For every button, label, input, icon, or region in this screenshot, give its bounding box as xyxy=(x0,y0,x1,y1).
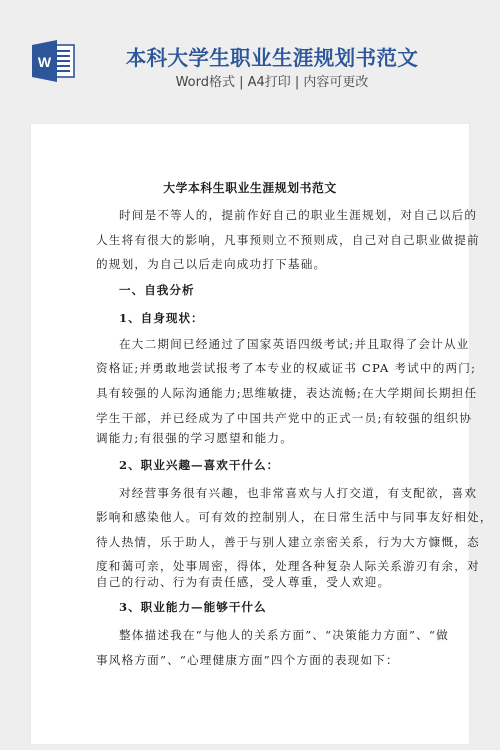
paragraph-line: 在大二期间已经通过了国家英语四级考试;并且取得了会计从业 xyxy=(96,336,404,352)
document-title: 大学本科生职业生涯规划书范文 xyxy=(96,180,404,196)
paragraph-line: 的规划，为自己以后走向成功打下基础。 xyxy=(96,256,404,272)
page-header: W 本科大学生职业生涯规划书范文 Word格式 | A4打印 | 内容可更改 xyxy=(0,0,500,110)
paragraph-line: 具有较强的人际沟通能力;思维敏捷，表达流畅;在大学期间长期担任 xyxy=(96,385,404,401)
paragraph-line: 事风格方面”、“心理健康方面”四个方面的表现如下： xyxy=(96,652,404,668)
page-subtitle: Word格式 | A4打印 | 内容可更改 xyxy=(100,74,444,92)
paragraph-line: 调能力;有很强的学习愿望和能力。 xyxy=(96,430,404,446)
svg-text:W: W xyxy=(38,54,52,70)
paragraph-line: 学生干部，并已经成为了中国共产党中的正式一员;有较强的组织协 xyxy=(96,410,404,426)
paragraph-line: 待人热情，乐于助人，善于与别人建立亲密关系，行为大方慷慨，态 xyxy=(96,534,404,550)
document-page: 大学本科生职业生涯规划书范文 时间是不等人的，提前作好自己的职业生涯规划，对自己… xyxy=(31,124,469,744)
paragraph-line: 人生将有很大的影响，凡事预则立不预则成，自己对自己职业做提前 xyxy=(96,232,404,248)
subsection-heading: 1、自身现状： xyxy=(96,310,404,326)
paragraph-line: 度和蔼可亲，处事周密，得体，处理各种复杂人际关系游刃有余，对 xyxy=(96,558,404,574)
paragraph-line: 对经营事务很有兴趣，也非常喜欢与人打交道，有支配欲，喜欢 xyxy=(96,485,404,501)
subsection-heading: 3、职业能力—能够干什么 xyxy=(96,599,404,615)
paragraph-line: 自己的行动、行为有责任感，受人尊重，受人欢迎。 xyxy=(96,574,404,590)
page-title: 本科大学生职业生涯规划书范文 xyxy=(100,45,444,71)
subsection-heading: 2、职业兴趣—喜欢干什么： xyxy=(96,457,404,473)
paragraph-line: 整体描述我在“与他人的关系方面”、“决策能力方面”、“做 xyxy=(96,627,404,643)
paragraph-line: 资格证;并勇敢地尝试报考了本专业的权威证书 CPA 考试中的两门; xyxy=(96,360,404,376)
word-doc-icon: W xyxy=(32,40,76,82)
paragraph-line: 时间是不等人的，提前作好自己的职业生涯规划，对自己以后的 xyxy=(96,207,404,223)
paragraph-line: 影响和感染他人。可有效的控制别人，在日常生活中与同事友好相处， xyxy=(96,509,404,525)
section-heading: 一、自我分析 xyxy=(96,282,404,298)
